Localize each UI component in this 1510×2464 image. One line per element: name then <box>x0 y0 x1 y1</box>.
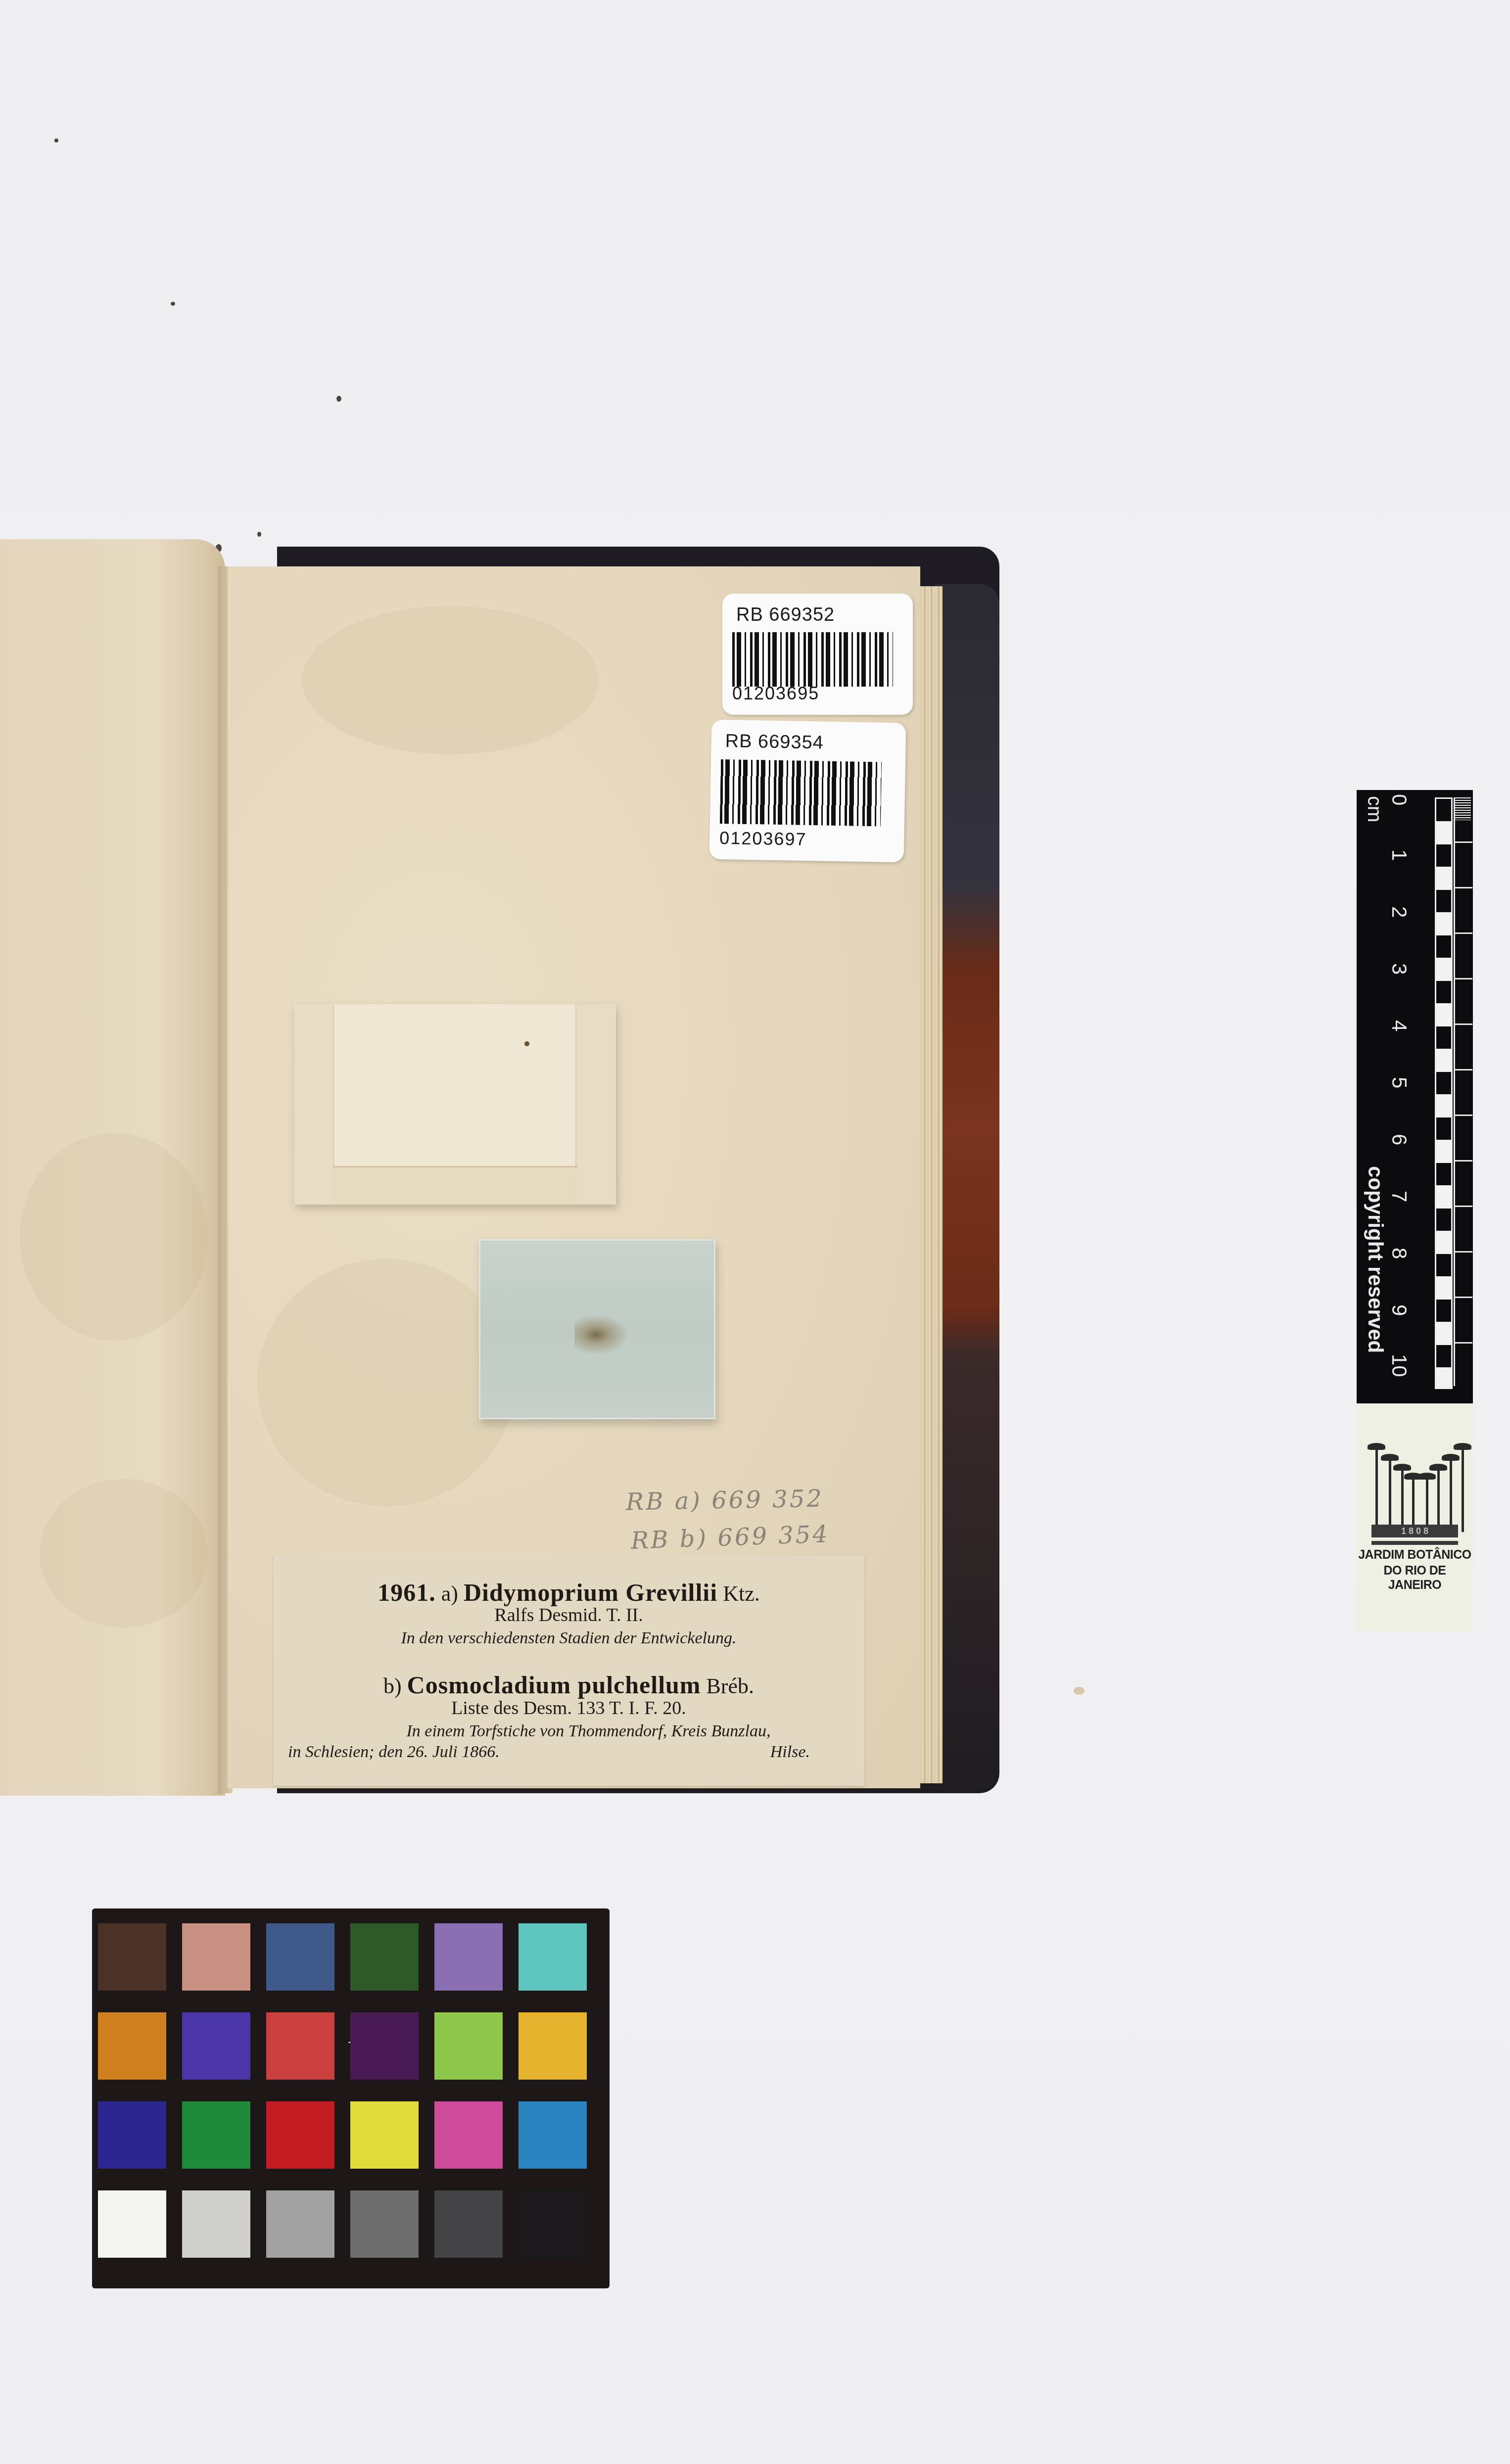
color-swatch-r2-c2 <box>182 2012 250 2080</box>
logo-text-line2: DO RIO DE JANEIRO <box>1357 1564 1473 1592</box>
left-book-page <box>0 539 225 1796</box>
ruler-tick-3: 3 <box>1387 963 1411 975</box>
taxon-name-a: Didymoprium Grevillii <box>464 1579 717 1606</box>
taxon-name-b: Cosmocladium pulchellum <box>407 1671 701 1699</box>
ruler-tick-8: 8 <box>1387 1248 1411 1259</box>
color-swatch-r3-c1 <box>98 2101 166 2169</box>
color-swatch-r4-c5 <box>434 2190 503 2258</box>
color-swatch-r4-c6 <box>519 2190 587 2258</box>
color-swatch-r2-c6 <box>519 2012 587 2080</box>
color-swatch-r4-c2 <box>182 2190 250 2258</box>
envelope-flap-right <box>575 1004 616 1205</box>
barcode-number: 01203697 <box>719 828 807 850</box>
ruler-scale-bar-cm <box>1454 797 1472 1386</box>
logo-text-line1: JARDIM BOTÂNICO <box>1357 1548 1473 1562</box>
color-swatch-r1-c1 <box>98 1923 166 1991</box>
logo-year-band: 1 8 0 8 <box>1371 1525 1458 1537</box>
label-collector: Hilse. <box>770 1743 810 1762</box>
logo-divider <box>1371 1541 1458 1545</box>
envelope-flap-left <box>294 1004 334 1205</box>
color-swatch-r3-c3 <box>266 2101 334 2169</box>
palm-trees-icon <box>1367 1413 1463 1532</box>
ruler-tick-0: 0 <box>1387 794 1411 805</box>
color-calibration-chart: + <box>92 1908 610 2288</box>
ruler-scale-bar-alternating <box>1435 797 1453 1389</box>
label-note-a: In den verschiedensten Stadien der Entwi… <box>273 1629 864 1648</box>
label-line-taxon-a: 1961. a) Didymoprium Grevillii Ktz. <box>273 1578 864 1607</box>
dust-speck <box>257 532 261 537</box>
ruler-copyright: copyright reserved <box>1364 1166 1387 1353</box>
envelope-flap-bottom <box>333 1166 577 1205</box>
ruler-scale-mm <box>1455 797 1471 820</box>
label-reference-b: Liste des Desm. 133 T. I. F. 20. <box>273 1697 864 1719</box>
printed-specimen-label: 1961. a) Didymoprium Grevillii Ktz. Ralf… <box>273 1556 864 1786</box>
color-swatch-r3-c6 <box>519 2101 587 2169</box>
algae-specimen <box>574 1315 629 1354</box>
ruler-tick-6: 6 <box>1387 1134 1411 1145</box>
jardim-botanico-logo: 1 8 0 8 JARDIM BOTÂNICO DO RIO DE JANEIR… <box>1357 1403 1473 1631</box>
color-swatch-r1-c2 <box>182 1923 250 1991</box>
color-swatch-r2-c1 <box>98 2012 166 2080</box>
color-swatch-r4-c1 <box>98 2190 166 2258</box>
color-swatch-r2-c5 <box>434 2012 503 2080</box>
color-swatch-r2-c4 <box>350 2012 419 2080</box>
ruler-tick-10: 10 <box>1387 1354 1411 1377</box>
pin-hole <box>524 1041 529 1046</box>
ruler-tick-1: 1 <box>1387 849 1411 861</box>
label-date: in Schlesien; den 26. Juli 1866. <box>288 1743 500 1761</box>
barcode-number: 01203695 <box>732 683 819 704</box>
color-swatch-r4-c4 <box>350 2190 419 2258</box>
ruler-tick-2: 2 <box>1387 906 1411 918</box>
barcode-label-1: RB 669352 01203695 <box>722 594 913 715</box>
barcode-icon <box>732 632 893 687</box>
color-swatch-r3-c5 <box>434 2101 503 2169</box>
ruler-unit-label: cm <box>1363 796 1385 822</box>
dust-speck <box>336 396 341 402</box>
ruler-tick-7: 7 <box>1387 1191 1411 1202</box>
color-swatch-r4-c3 <box>266 2190 334 2258</box>
label-reference-a: Ralfs Desmid. T. II. <box>273 1604 864 1626</box>
book-cover-edge <box>935 584 999 1791</box>
microscope-glass-slide <box>479 1239 715 1419</box>
label-locality: In einem Torfstiche von Thommendorf, Kre… <box>273 1722 864 1741</box>
ruler-tick-4: 4 <box>1387 1020 1411 1031</box>
accession-number: RB 669352 <box>736 604 835 626</box>
color-swatch-r3-c4 <box>350 2101 419 2169</box>
label-line-taxon-b: b) Cosmocladium pulchellum Bréb. <box>273 1671 864 1699</box>
dust-speck <box>54 139 58 142</box>
color-swatch-r1-c5 <box>434 1923 503 1991</box>
ruler-tick-9: 9 <box>1387 1304 1411 1316</box>
color-swatch-r1-c4 <box>350 1923 419 1991</box>
barcode-label-2: RB 669354 01203697 <box>709 720 906 863</box>
handwritten-annotation: RB a) 669 352 <box>626 1485 824 1516</box>
ruler-tick-5: 5 <box>1387 1077 1411 1088</box>
dust-speck <box>171 302 175 306</box>
barcode-icon <box>720 759 882 827</box>
color-swatch-r2-c3 <box>266 2012 334 2080</box>
color-swatch-r1-c3 <box>266 1923 334 1991</box>
accession-number: RB 669354 <box>725 731 824 753</box>
scale-ruler: cm 0 1 2 3 4 5 6 7 8 9 10 copyright rese… <box>1357 790 1473 1631</box>
label-date-line: in Schlesien; den 26. Juli 1866. Hilse. <box>273 1743 864 1762</box>
debris-speck <box>1074 1687 1085 1695</box>
color-swatch-r3-c2 <box>182 2101 250 2169</box>
specimen-envelope <box>294 1004 616 1205</box>
color-swatch-r1-c6 <box>519 1923 587 1991</box>
